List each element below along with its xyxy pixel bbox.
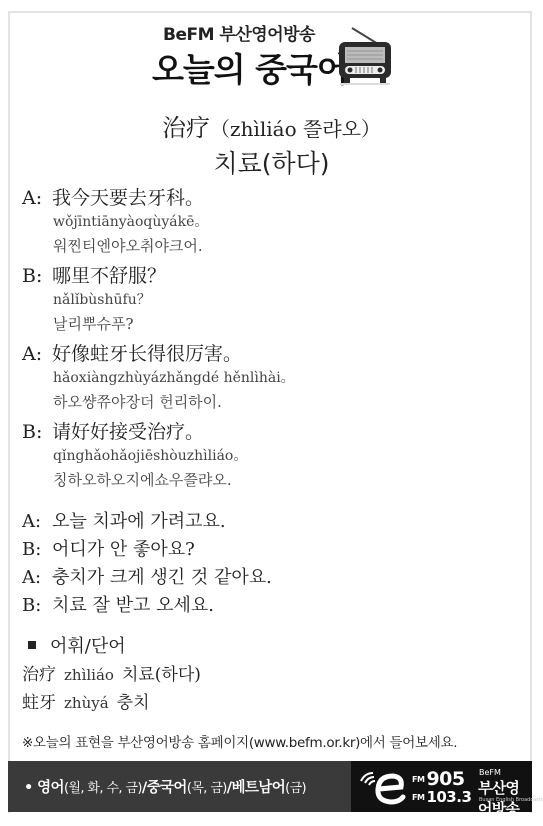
translation-line: B:어디가 안 좋아요? <box>22 536 272 564</box>
korean-pronunciation: 워찐티엔야오취야크어. <box>22 234 208 258</box>
dialogue-line-4: B:请好好接受治疗。 qǐnghǎohǎojiēshòuzhìliáo。 칭하오… <box>22 420 247 492</box>
chinese-sentence: 我今天要去牙科。 <box>52 187 204 209</box>
broadcast-schedule: • 영어(월, 화, 수, 금)/중국어(목, 금)/베트남어(금) <box>8 761 351 812</box>
speaker-label: B: <box>22 420 52 444</box>
speaker-label: A: <box>22 342 52 366</box>
expression-title: 治疗（zhìliáo 쯜랴오） <box>0 108 543 143</box>
befm-e-logo-icon <box>357 767 409 807</box>
brand-befm: BeFM <box>479 768 501 777</box>
befm-logo: FM905 FM103.3 BeFM 부산영어방송 Busan English … <box>351 761 532 812</box>
bottom-banner: • 영어(월, 화, 수, 금)/중국어(목, 금)/베트남어(금) FM905… <box>8 761 532 812</box>
brand-english: Busan English Broadcasting <box>479 797 543 803</box>
vocabulary-item: 蛀牙zhùyá충치 <box>22 689 201 717</box>
frequency-1033: FM103.3 <box>412 788 471 806</box>
title-korean: 치료(하다) <box>0 144 543 180</box>
pinyin-text: hǎoxiàngzhùyázhǎngdé hěnlìhài。 <box>22 366 295 390</box>
title-pinyin-reading: （zhìliáo 쯜랴오） <box>210 117 381 141</box>
dialogue-line-1: A:我今天要去牙科。 wǒjīntiānyàoqùyákē。 워찐티엔야오취야크… <box>22 186 208 258</box>
radio-icon <box>336 24 394 86</box>
title-hanzi: 治疗 <box>162 114 210 142</box>
footnote: ※오늘의 표현을 부산영어방송 홈페이지(www.befm.or.kr)에서 들… <box>22 731 457 751</box>
station-name: BeFM 부산영어방송 <box>163 20 315 45</box>
translation-line: B:치료 잘 받고 오세요. <box>22 592 272 620</box>
pinyin-text: wǒjīntiānyàoqùyákē。 <box>22 210 208 234</box>
chinese-sentence: 请好好接受治疗。 <box>52 421 204 443</box>
chinese-sentence: 哪里不舒服？ <box>52 265 166 287</box>
dialogue-line-3: A:好像蛀牙长得很厉害。 hǎoxiàngzhùyázhǎngdé hěnlìh… <box>22 342 295 414</box>
korean-translation: A:오늘 치과에 가려고요. B:어디가 안 좋아요? A:충치가 크게 생긴 … <box>22 508 272 620</box>
dialogue-line-2: B:哪里不舒服？ nǎlǐbùshūfu？ 날리뿌슈푸? <box>22 264 166 336</box>
pinyin-text: qǐnghǎohǎojiēshòuzhìliáo。 <box>22 444 247 468</box>
speaker-label: B: <box>22 264 52 288</box>
vocabulary-section: 어휘/단어 治疗zhìliáo치료(하다) 蛀牙zhùyá충치 <box>22 633 201 717</box>
vocabulary-item: 治疗zhìliáo치료(하다) <box>22 661 201 689</box>
translation-line: A:충치가 크게 생긴 것 같아요. <box>22 564 272 592</box>
translation-line: A:오늘 치과에 가려고요. <box>22 508 272 536</box>
pinyin-text: nǎlǐbùshūfu？ <box>22 288 166 312</box>
korean-pronunciation: 하오썅쮸야장더 헌리하이. <box>22 390 295 414</box>
square-bullet-icon <box>28 641 36 649</box>
korean-pronunciation: 날리뿌슈푸? <box>22 312 166 336</box>
chinese-sentence: 好像蛀牙长得很厉害。 <box>52 343 242 365</box>
speaker-label: A: <box>22 186 52 210</box>
program-title: 오늘의 중국어 <box>152 44 348 91</box>
vocabulary-heading: 어휘/단어 <box>22 633 201 661</box>
frequency-905: FM905 <box>412 768 465 790</box>
korean-pronunciation: 칭하오하오지에쇼우쯜랴오. <box>22 468 247 492</box>
